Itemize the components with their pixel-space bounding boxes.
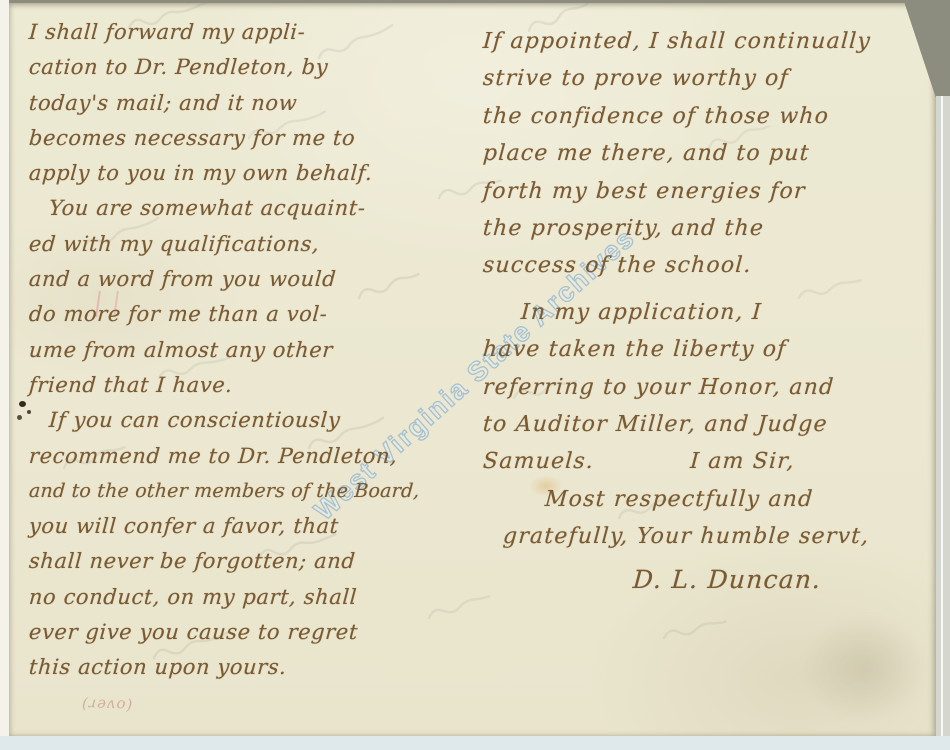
- handwriting-line: forth my best energies for: [482, 173, 935, 210]
- handwriting-line: You are somewhat acquaint-: [28, 191, 480, 226]
- closing-phrase: I am Sir,: [689, 449, 795, 474]
- handwriting-line: place me there, and to put: [482, 135, 935, 172]
- handwriting-line: ever give you cause to regret: [28, 615, 480, 650]
- handwriting-line: In my application, I: [482, 294, 935, 331]
- handwriting-line: shall never be forgotten; and: [28, 544, 480, 579]
- handwriting-line: no conduct, on my part, shall: [28, 580, 480, 615]
- letter-column-left: I shall forward my appli- cation to Dr. …: [29, 15, 479, 686]
- handwriting-line: strive to prove worthy of: [482, 60, 935, 97]
- handwriting-line: Most respectfully and: [482, 481, 935, 518]
- handwriting-line: you will confer a favor, that: [28, 509, 480, 544]
- over-note: (over): [81, 695, 133, 715]
- handwriting-line: success of the school.: [482, 247, 935, 284]
- handwriting-line: and a word from you would: [28, 262, 480, 297]
- handwriting-line: the prosperity, and the: [482, 210, 935, 247]
- signature-name: Samuels.: [482, 449, 595, 474]
- paper-smudge: [799, 613, 929, 723]
- handwriting-line: friend that I have.: [28, 368, 480, 403]
- handwriting-line: cation to Dr. Pendleton, by: [28, 50, 480, 85]
- handwriting-line: today's mail; and it now: [28, 86, 480, 121]
- handwriting-line: ed with my qualifications,: [28, 227, 480, 262]
- scanner-edge-right: [936, 96, 950, 750]
- scanner-edge-left: [0, 0, 9, 750]
- signature-line: D. L. Duncan.: [482, 561, 935, 598]
- handwriting-line: to Auditor Miller, and Judge: [482, 406, 935, 443]
- handwriting-line: have taken the liberty of: [482, 331, 935, 368]
- scanner-edge-bottom: [0, 736, 950, 750]
- handwriting-line: If you can conscientiously: [28, 403, 480, 438]
- handwriting-line: I shall forward my appli-: [28, 15, 480, 50]
- handwriting-line: and to the other members of the Board,: [28, 474, 480, 509]
- handwriting-line: ume from almost any other: [28, 333, 480, 368]
- handwriting-line: this action upon yours.: [28, 650, 480, 685]
- handwriting-line: becomes necessary for me to: [28, 121, 480, 156]
- letter-scan: West Virginia State Archives I shall for…: [0, 0, 950, 750]
- handwriting-line: do more for me than a vol-: [28, 297, 480, 332]
- handwriting-line: recommend me to Dr. Pendleton,: [28, 439, 480, 474]
- letter-column-right: If appointed, I shall continually strive…: [483, 23, 933, 599]
- handwriting-line: If appointed, I shall continually: [482, 23, 935, 60]
- letter-page: West Virginia State Archives I shall for…: [9, 3, 936, 736]
- handwriting-line: gratefully, Your humble servt,: [482, 518, 935, 555]
- handwriting-line: referring to your Honor, and: [482, 369, 935, 406]
- handwriting-line: the confidence of those who: [482, 98, 935, 135]
- handwriting-line: apply to you in my own behalf.: [28, 156, 480, 191]
- handwriting-line: Samuels.I am Sir,: [482, 443, 935, 480]
